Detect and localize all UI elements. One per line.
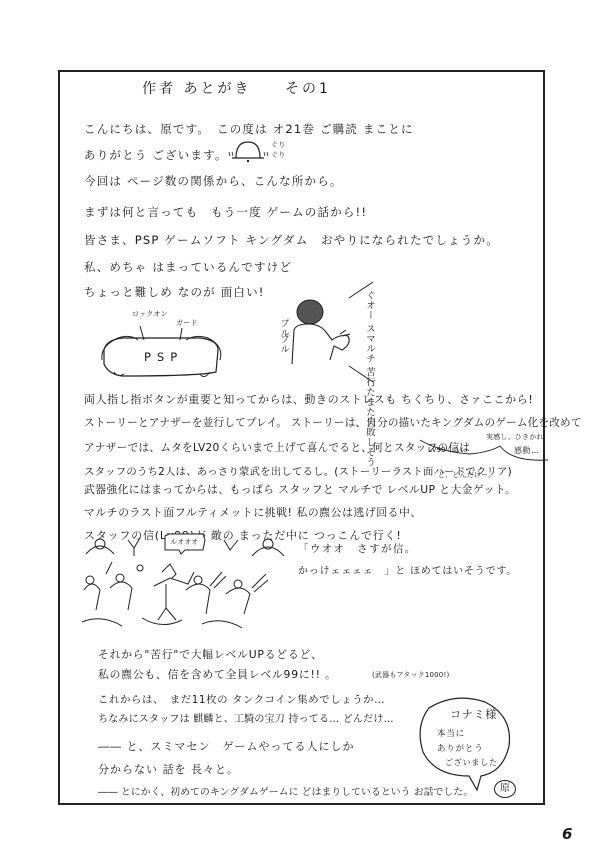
caption-slash-lines [345, 278, 425, 388]
body3-line-4: ちなみにスタッフは 麒麟と、工騎の宝刀 持ってる… どんだけ… [98, 715, 394, 725]
psp-screen-text: PSP [144, 352, 183, 364]
body3-line-1: それから"苦行"で大幅レベルUPるどるど、 [98, 650, 323, 661]
body-line-1: こんにちは、原です。 この度は オ21巻 ご購読 まことに [84, 124, 414, 136]
page-title-part: その1 [285, 82, 331, 96]
battle-shout: ルオオオ [170, 539, 198, 546]
body-line-5: 皆さま、PSP ゲームソフト キングダム おやりになられたでしょうか。 [84, 235, 499, 247]
page-title: 作者 あとがき [142, 82, 251, 96]
bow-sfx-2: ぐり [271, 152, 285, 159]
player-sfx-2: プル [276, 334, 290, 354]
body2-line-5: 武器強化にはまってからは、もっぱら スタッフと マルチで レベルUP と大金ゲッ… [84, 485, 516, 496]
signature-stamp: 原 [494, 780, 516, 798]
body3-line-5: ―― と、スミマセン ゲームやってる人にしか [98, 741, 355, 752]
body-line-6: 私、めちゃ はまっているんですけど [84, 262, 292, 274]
thanks-line-1: コナミ様 [450, 706, 497, 722]
thanks-line-3: ありがとう [437, 742, 484, 754]
body2-line-3: アナザーでは、ムタをLV20くらいまで上げて喜んでると、何とスタッフの信は [84, 443, 470, 454]
note-underline-swoosh [420, 438, 550, 468]
body-line-7: ちょっと難しめ なのが 面白い! [84, 287, 265, 299]
thanks-line-2: 本当に [437, 727, 465, 739]
body3-line-6: 分からない 話を 長々と。 [98, 764, 239, 775]
body-line-4: まずは何と言っても もう一度 ゲームの話から!! [84, 207, 367, 219]
thanks-line-4: ございました [445, 757, 498, 768]
body-line-3: 今回は ページ数の関係から、こんな所から。 [84, 176, 343, 188]
player-vertical-caption: ぐオー スマルチ 苦行たまた失敗しそう [362, 290, 376, 380]
body2-line-2: ストーリーとアナザーを並行してプレイ。 ストーリーは、自分の描いたキングダムのゲ… [84, 418, 582, 429]
body2-line-6: マルチのラスト面フルティメットに挑戦! 私の麃公は逃げ回る中、 [84, 508, 422, 519]
body3-line-3: これからは、 まだ11枚の タンクコイン集めでしょうか… [98, 695, 385, 705]
psp-label-lockon: ロックオン [132, 311, 168, 318]
aside-weapons: (武器もアタック1000!) [372, 672, 449, 679]
note-dondake: ど、どんだけー。 [438, 472, 495, 479]
quote-line-2: かっけェェェェ 」と ほめてはいそうです。 [298, 567, 517, 577]
quote-line-1: 「ウオオ さすが信。 [298, 544, 417, 555]
bow-sfx-1: ぐり [271, 142, 285, 149]
body3-line-2: 私の麃公も、信を含めて全員レベル99に!! 。 [98, 670, 337, 681]
body-line-2: ありがとう ございます。 [84, 150, 228, 162]
body2-line-1: 両人指し指ボタンが重要と知ってからは、動きのストレスも ちくちり、さァここから! [84, 394, 533, 405]
page-number: 6 [562, 825, 572, 843]
